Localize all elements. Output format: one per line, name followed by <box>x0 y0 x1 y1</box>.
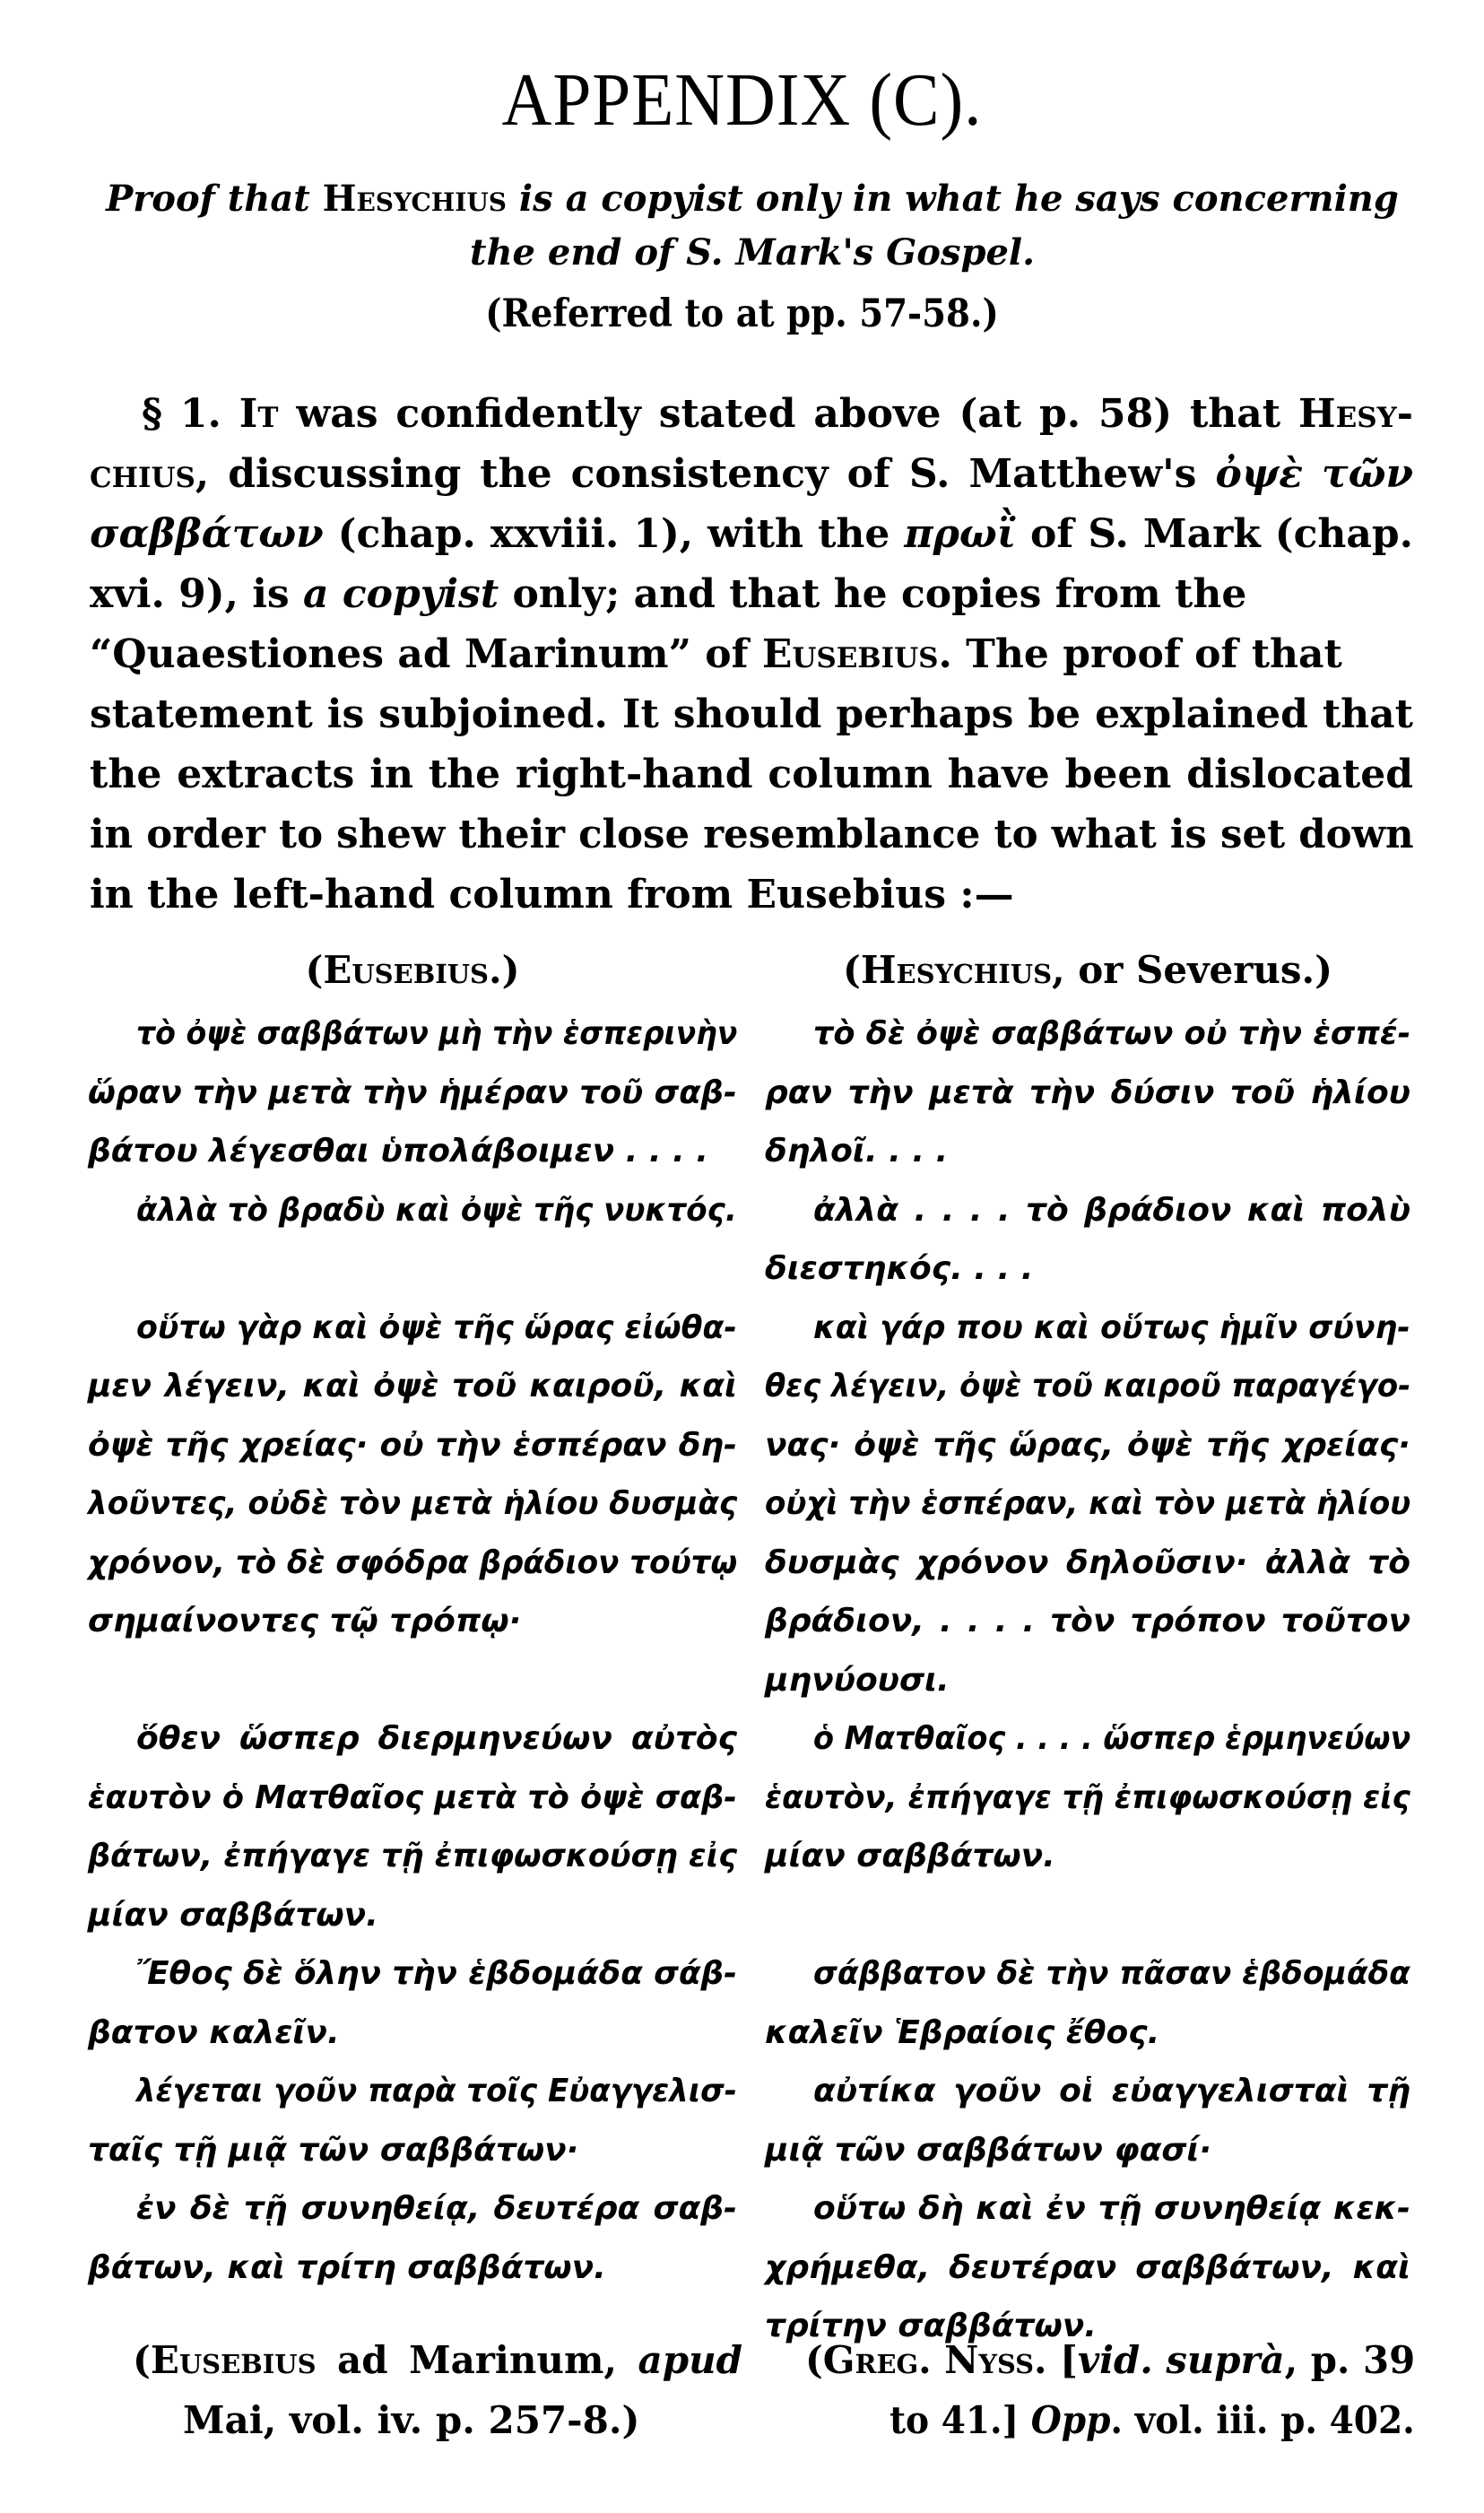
greek-line: δηλοῖ. . . . <box>765 1122 1410 1181</box>
author-name: Eusebius <box>151 2338 317 2382</box>
column-heading-hesychius: (Hesychius, or Severus.) <box>765 943 1410 997</box>
citation-italic: vid. suprà <box>1078 2338 1285 2382</box>
greek-line: οὐχὶ τὴν ἑσπέραν, καὶ τὸν μετὰ ἡλίου <box>765 1474 1410 1534</box>
paragraph-name: Hesy- <box>1298 391 1413 437</box>
heading-text: , or Severus.) <box>1052 948 1332 992</box>
greek-line: καλεῖν Ἑβραίοις ἔθος. <box>765 2004 1410 2063</box>
greek-column-eusebius: τὸ ὀψὲ σαββάτων μὴ τὴν ἑσπερινὴνὥραν τὴν… <box>88 1004 737 2297</box>
greek-line: οὕτω δὴ καὶ ἐν τῇ συνηθείᾳ κεκ- <box>765 2179 1410 2239</box>
greek-line: νας· ὀψὲ τῆς ὥρας, ὀψὲ τῆς χρείας· <box>765 1416 1410 1475</box>
author-name: Greg. Nyss. <box>823 2338 1047 2382</box>
greek-line: σημαίνοντες τῷ τρόπῳ· <box>88 1592 737 1651</box>
greek-line: βάτου λέγεσθαι ὑπολάβοιμεν . . . . <box>88 1122 737 1181</box>
author-name: Hesychius <box>861 948 1052 992</box>
greek-line: ὁ Ματθαῖος . . . . ὥσπερ ἑρμηνεύων <box>768 1709 1460 1769</box>
citation-line: to 41.] Opp. vol. iii. p. 402. <box>811 2390 1484 2450</box>
citation-text: [ <box>1047 2338 1078 2382</box>
greek-line: λοῦντες, οὐδὲ τὸν μετὰ ἡλίου δυσμὰς <box>88 1474 737 1534</box>
greek-line: λέγεται γοῦν παρὰ τοῖς Εὐαγγελισ- <box>91 2062 785 2121</box>
paragraph-name: Eusebius <box>762 631 939 677</box>
paragraph-line: xvi. 9), is a copyist only; and that he … <box>90 564 1413 624</box>
emphasis-text: a copyist <box>303 571 499 617</box>
greek-line: ἀλλὰ . . . . τὸ βράδιον καὶ πολὺ <box>765 1181 1410 1240</box>
column-heading-eusebius: (Eusebius.) <box>88 943 737 997</box>
paragraph-line: chius, discussing the consistency of S. … <box>90 444 1413 504</box>
greek-column-hesychius: τὸ δὲ ὀψὲ σαββάτων οὐ τὴν ἑσπέ-ραν τὴν μ… <box>765 1004 1410 2356</box>
greek-line: καὶ γάρ που καὶ οὕτως ἡμῖν σύνη- <box>767 1299 1459 1358</box>
subtitle-line-1: Proof that Hesychius is a copyist only i… <box>90 172 1415 226</box>
paragraph-line: “Quaestiones ad Marinum” of Eusebius. Th… <box>90 624 1413 684</box>
citation-italic: Opp <box>1031 2398 1111 2442</box>
paren: ( <box>133 2338 151 2382</box>
greek-line: μίαν σαββάτων. <box>88 1886 737 1945</box>
greek-line: ὅθεν ὥσπερ διερμηνεύων αὐτὸς <box>88 1709 737 1769</box>
paragraph-text: , discussing the consistency of S. Matth… <box>195 451 1216 497</box>
greek-line: αὐτίκα γοῦν οἱ εὐαγγελισταὶ τῇ <box>765 2062 1410 2121</box>
greek-line: βράδιον, . . . . τὸν τρόπον τοῦτον <box>765 1592 1410 1651</box>
subtitle-line-2: the end of S. Mark's Gospel. <box>90 226 1415 280</box>
line-spacer <box>88 1239 737 1299</box>
greek-line: χρήμεθα, δευτέραν σαββάτων, καὶ <box>765 2239 1410 2298</box>
greek-line: ἀλλὰ τὸ βραδὺ καὶ ὀψὲ τῆς νυκτός. <box>91 1181 785 1240</box>
greek-line: Ἔθος δὲ ὅλην τὴν ἑβδομάδα σάβ- <box>88 1944 785 2004</box>
paren: ( <box>805 2338 823 2382</box>
paragraph-text: (chap. xxviii. 1), with the <box>324 511 905 557</box>
greek-line: δυσμὰς χρόνον δηλοῦσιν· ἀλλὰ τὸ <box>765 1534 1410 1593</box>
citation-text: . vol. iii. p. 402. <box>1110 2398 1414 2442</box>
paragraph-name: chius <box>90 451 195 497</box>
paragraph-line: § 1. It was confidently stated above (at… <box>90 384 1413 444</box>
greek-line: διεστηκός. . . . <box>765 1239 1410 1299</box>
greek-phrase: ὀψὲ τῶν <box>1215 451 1413 497</box>
paragraph-line: in the left-hand column from Eusebius :— <box>90 865 1413 925</box>
paragraph-text: of S. Mark (chap. <box>1016 511 1413 557</box>
greek-line: μιᾷ τῶν σαββάτων φασί· <box>765 2121 1410 2180</box>
greek-line: ἑαυτὸν, ἐπήγαγε τῇ ἐπιφωσκούσῃ εἰς <box>765 1769 1410 1828</box>
page-reference: (Referred to at pp. 57-58.) <box>74 285 1410 343</box>
line-spacer <box>765 1886 1410 1945</box>
subtitle-text: Proof that <box>106 178 323 220</box>
greek-phrase: πρωῒ <box>904 511 1016 557</box>
greek-line: μηνύουσι. <box>765 1651 1410 1710</box>
greek-line: σάββατον δὲ τὴν πᾶσαν ἑβδομάδα <box>767 1944 1459 2004</box>
greek-line: θες λέγειν, ὀψὲ τοῦ καιροῦ παραγέγο- <box>765 1357 1410 1416</box>
paragraph-line: σαββάτων (chap. xxviii. 1), with the πρω… <box>90 504 1413 564</box>
subtitle-text: is a copyist only in what he says concer… <box>507 178 1399 220</box>
citation-line: (Eusebius ad Marinum, apud <box>133 2330 742 2390</box>
paren: ( <box>843 948 861 992</box>
greek-line: ἐν δὲ τῇ συνηθείᾳ, δευτέρα σαβ- <box>88 2179 737 2239</box>
greek-line: χρόνον, τὸ δὲ σφόδρα βράδιον τούτῳ <box>88 1534 737 1593</box>
greek-line: ὀψὲ τῆς χρείας· οὐ τὴν ἑσπέραν δη- <box>88 1416 737 1475</box>
greek-line: μίαν σαββάτων. <box>765 1827 1410 1886</box>
greek-line: μεν λέγειν, καὶ ὀψὲ τοῦ καιροῦ, καὶ <box>88 1357 737 1416</box>
greek-line: βάτων, ἐπήγαγε τῇ ἐπιφωσκούσῃ εἰς <box>88 1827 737 1886</box>
citation-line: Mai, vol. iv. p. 257-8.) <box>133 2390 742 2450</box>
paragraph-text: It <box>239 391 279 437</box>
intro-paragraph: § 1. It was confidently stated above (at… <box>90 384 1413 925</box>
greek-phrase: σαββάτων <box>90 511 324 557</box>
greek-line: ραν τὴν μετὰ τὴν δύσιν τοῦ ἡλίου <box>765 1064 1410 1123</box>
paragraph-line: in order to shew their close resemblance… <box>90 804 1414 865</box>
paren: .) <box>489 948 520 992</box>
greek-line: ὥραν τὴν μετὰ τὴν ἡμέραν τοῦ σαβ- <box>88 1064 737 1123</box>
page-title: APPENDIX (C). <box>59 56 1425 145</box>
paragraph-text: was confidently stated above (at p. 58) … <box>278 391 1298 437</box>
citation-eusebius: (Eusebius ad Marinum, apud Mai, vol. iv.… <box>133 2330 742 2450</box>
greek-line: βατον καλεῖν. <box>88 2004 737 2063</box>
paragraph-text: only; and that he copies from the <box>499 571 1246 617</box>
book-page: APPENDIX (C). Proof that Hesychius is a … <box>0 0 1484 2513</box>
citation-text: , p. 39 <box>1285 2338 1416 2382</box>
greek-line: τὸ ὀψὲ σαββάτων μὴ τὴν ἑσπερινὴν <box>91 1004 785 1064</box>
greek-line: βάτων, καὶ τρίτη σαββάτων. <box>88 2239 737 2298</box>
section-number: § 1. <box>142 391 239 437</box>
greek-line: ταῖς τῇ μιᾷ τῶν σαββάτων· <box>88 2121 737 2180</box>
citation-text: ad Marinum, <box>317 2338 638 2382</box>
citation-text: to 41.] <box>890 2398 1031 2442</box>
paragraph-text: xvi. 9), is <box>90 571 303 617</box>
citation-gregory-nyssa: (Greg. Nyss. [vid. suprà, p. 39 to 41.] … <box>805 2330 1415 2450</box>
citation-italic: apud <box>638 2338 742 2382</box>
greek-line: ἑαυτὸν ὁ Ματθαῖος μετὰ τὸ ὀψὲ σαβ- <box>88 1769 737 1828</box>
paragraph-line: statement is subjoined. It should perhap… <box>90 684 1413 744</box>
paragraph-line: the extracts in the right-hand column ha… <box>90 744 1413 804</box>
paragraph-text: . The proof of that <box>939 631 1342 677</box>
line-spacer <box>88 1651 737 1710</box>
subtitle-name: Hesychius <box>323 178 507 220</box>
greek-line: τὸ δὲ ὀψὲ σαββάτων οὐ τὴν ἑσπέ- <box>766 1004 1459 1064</box>
author-name: Eusebius <box>323 948 489 992</box>
greek-line: οὕτω γὰρ καὶ ὀψὲ τῆς ὥρας εἰώθα- <box>90 1299 785 1358</box>
citation-line: (Greg. Nyss. [vid. suprà, p. 39 <box>805 2330 1415 2390</box>
paragraph-text: “Quaestiones ad Marinum” of <box>90 631 762 677</box>
paren: ( <box>305 948 323 992</box>
